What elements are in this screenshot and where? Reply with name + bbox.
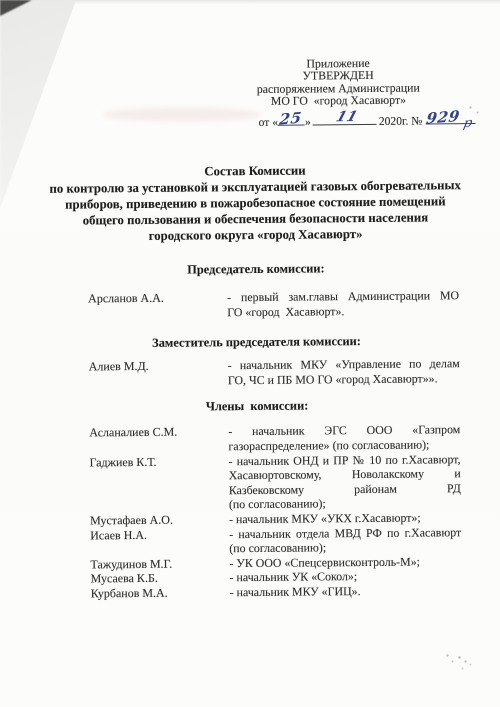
member-row: Алиев М.Д.- начальник МКУ «Управление по…	[1, 356, 500, 390]
date-day-underline: 25	[278, 111, 305, 125]
commission-sections: Председатель комиссии:Арсланов А.А.- пер…	[0, 260, 500, 602]
date-close-quote: »	[305, 115, 311, 128]
member-name: Мусаева К.Б.	[91, 571, 230, 587]
section-heading: Председатель комиссии:	[0, 260, 500, 279]
handwritten-month: 11	[334, 109, 360, 125]
member-description: - начальник отдела МВД РФ по г.Хасавюрт(…	[229, 525, 461, 556]
date-year-label: 2020г. №	[379, 114, 423, 127]
scan-dust-specks	[0, 0, 1, 1]
member-description-line: - начальник МКУ «ГИЦ».	[230, 583, 462, 600]
member-name: Исаев Н.А.	[90, 527, 229, 543]
member-description: - первый зам.главы Администрации МОГО «г…	[227, 288, 459, 319]
handwritten-day: 25	[279, 108, 303, 128]
member-row: Курбанов М.А.- начальник МКУ «ГИЦ».	[3, 583, 500, 602]
scanned-document-page: Приложение УТВЕРЖДЕН распоряжением Админ…	[0, 0, 500, 707]
member-name: Арсланов А.А.	[88, 290, 227, 306]
member-name: Тажудинов М.Г.	[90, 556, 229, 572]
member-row: Асланалиев С.М.- начальник ЭГС ООО «Газп…	[1, 422, 500, 456]
member-description-line: - начальник отдела МВД РФ по г.Хасавюрт	[229, 525, 461, 542]
order-date-number-line: от «25»112020г. №929р	[259, 110, 463, 130]
member-description: - начальник МКУ «Управление по деламГО, …	[228, 356, 460, 387]
order-number-underline: 929р	[425, 110, 475, 124]
member-description: - начальник МКУ «ГИЦ».	[230, 583, 462, 600]
handwritten-flourish: р	[462, 115, 474, 131]
commission-section: Председатель комиссии:Арсланов А.А.- пер…	[0, 260, 500, 322]
member-row: Арсланов А.А.- первый зам.главы Админист…	[0, 288, 500, 322]
date-prefix: от «	[259, 115, 279, 128]
member-description-line: ГО «город Хасавюрт».	[227, 303, 459, 320]
commission-section: Члены комиссии:Асланалиев С.М.- начальни…	[1, 397, 500, 601]
member-description: - начальник ОНД и ПР № 10 по г.Хасавюрт,…	[228, 452, 461, 512]
member-name: Алиев М.Д.	[89, 358, 228, 374]
appendix-approval-block: Приложение УТВЕРЖДЕН распоряжением Админ…	[218, 56, 458, 108]
document-content: Приложение УТВЕРЖДЕН распоряжением Админ…	[0, 0, 500, 707]
document-title: Состав Комиссии по контролю за установко…	[0, 160, 500, 245]
member-row: Исаев Н.А.- начальник отдела МВД РФ по г…	[2, 524, 500, 558]
member-description-line: Казбековскому районам РД	[229, 481, 461, 498]
handwritten-order-number: 929	[425, 107, 461, 128]
member-description-line: - первый зам.главы Администрации МО	[227, 288, 459, 305]
commission-section: Заместитель председателя комиссии:Алиев …	[0, 333, 500, 390]
section-heading: Члены комиссии:	[1, 397, 500, 416]
member-name: Гаджиев К.Т.	[89, 454, 228, 470]
member-description: - начальник ЭГС ООО «Газпромгазораспреде…	[228, 423, 460, 454]
municipality-line: МО ГО «город Хасавюрт»	[218, 93, 458, 108]
date-month-underline: 11	[313, 111, 377, 126]
member-row: Гаджиев К.Т.- начальник ОНД и ПР № 10 по…	[2, 451, 500, 514]
member-name: Асланалиев С.М.	[89, 425, 228, 441]
member-description-line: ГО, ЧС и ПБ МО ГО «город Хасавюрт»».	[228, 371, 460, 388]
member-name: Мустафаев А.О.	[90, 512, 229, 528]
section-heading: Заместитель председателя комиссии:	[0, 333, 500, 352]
member-name: Курбанов М.А.	[91, 585, 230, 601]
